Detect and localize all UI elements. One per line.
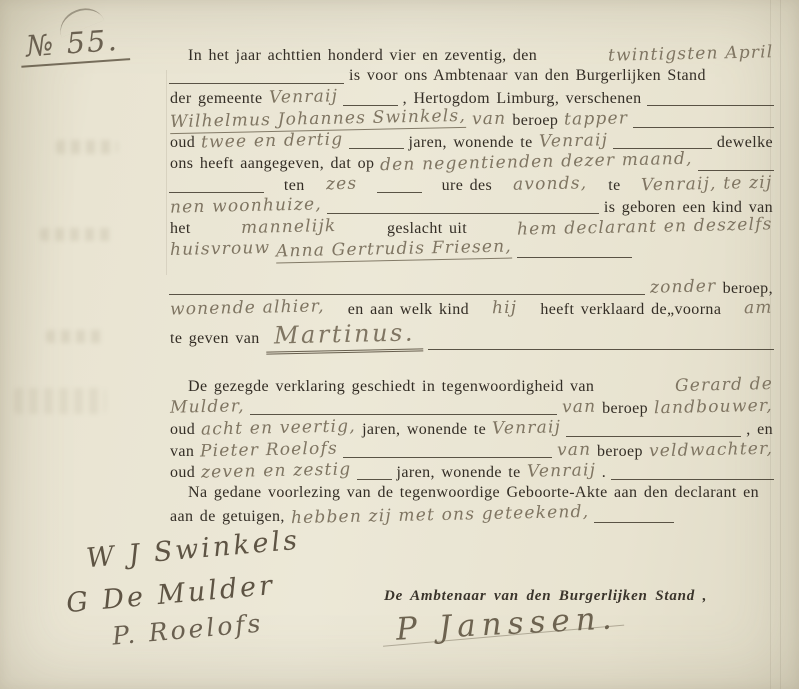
blank-rule	[698, 170, 774, 171]
handwritten-entry: hem declarant en deszelfs	[517, 214, 773, 239]
printed-text: aan de getuigen,	[170, 508, 285, 526]
act-number: № 55.	[19, 22, 130, 67]
handwritten-entry: veldwachter,	[649, 438, 774, 461]
act-line: oudacht en veertig,jaren, wonende teVenr…	[167, 419, 776, 441]
act-line: ons heeft aangegeven, dat opden negentie…	[167, 153, 776, 175]
printed-text: jaren, wonende te	[397, 464, 521, 482]
blank-rule	[169, 294, 645, 295]
handwritten-entry: zonder	[650, 276, 717, 297]
handwritten-entry: avonds,	[513, 173, 588, 195]
handwritten-entry: huisvrouw	[170, 238, 271, 260]
act-line: huisvrouwAnna Gertrudis Friesen,	[167, 240, 776, 262]
handwritten-entry: tapper	[564, 108, 629, 129]
birth-certificate-scan: { "palette":{ "paper":"#e9e4d2", "print_…	[0, 0, 799, 689]
handwritten-entry: Anna Gertrudis Friesen,	[276, 236, 512, 263]
blank-rule	[517, 257, 632, 258]
blank-rule	[169, 83, 344, 84]
blank-rule	[343, 105, 398, 106]
handwritten-entry: Venraij	[492, 417, 562, 438]
printed-text: jaren, wonende te	[409, 134, 533, 152]
handwritten-entry: hij	[492, 298, 518, 319]
handwritten-entry: van	[472, 108, 507, 129]
printed-text: van	[170, 443, 194, 461]
handwritten-entry: am	[744, 298, 773, 319]
handwritten-entry: mannelijk	[241, 216, 337, 238]
handwritten-entry: hebben zij met ons geteekend,	[291, 501, 590, 527]
ink-bleed-smudge	[56, 140, 118, 154]
act-line: der gemeenteVenraij, Hertogdom Limburg, …	[167, 88, 776, 110]
act-line: Mulder,vanberoeplandbouwer,	[167, 398, 776, 420]
handwritten-entry: Pieter Roelofs	[200, 438, 338, 461]
handwritten-entry: Venraij	[538, 130, 608, 151]
printed-text: te geven van	[170, 330, 260, 348]
act-line: Na gedane voorlezing van de tegenwoordig…	[167, 484, 776, 506]
printed-text: ten	[284, 177, 305, 195]
printed-text: der gemeente	[170, 90, 263, 108]
ink-bleed-smudge	[46, 330, 106, 343]
printed-text: te	[608, 177, 620, 195]
act-line: wonende alhier,en aan welk kindhijheeft …	[167, 299, 776, 321]
printed-text: oud	[170, 464, 195, 482]
printed-text: dewelke	[717, 134, 773, 152]
printed-text: geslacht uit	[387, 220, 467, 238]
handwritten-entry: Gerard de	[675, 374, 773, 396]
blank-rule	[250, 414, 557, 415]
blank-rule	[169, 192, 264, 193]
printed-text: beroep	[602, 400, 648, 418]
printed-text: beroep,	[723, 280, 773, 298]
blank-rule	[611, 479, 774, 480]
handwritten-entry: van	[562, 396, 597, 417]
handwritten-entry: landbouwer,	[654, 395, 773, 417]
handwritten-entry: twee en dertig	[201, 129, 344, 152]
printed-text: ons heeft aangegeven, dat op	[170, 155, 374, 173]
handwritten-entry: Martinus.	[265, 318, 423, 354]
ink-bleed-smudge	[40, 228, 114, 241]
act-line: te geven vanMartinus.	[167, 321, 776, 354]
act-line: tenzesure desavonds,teVenraij, te zij	[167, 175, 776, 197]
act-line: oudzeven en zestigjaren, wonende teVenra…	[167, 462, 776, 484]
ink-bleed-smudge	[14, 388, 106, 414]
blank-rule	[327, 213, 599, 214]
printed-text: heeft verklaard de„voorna	[540, 301, 721, 319]
blank-rule	[377, 192, 422, 193]
paper-edge-right	[780, 0, 781, 689]
handwritten-entry: Venraij	[268, 86, 338, 107]
printed-text: .	[602, 464, 606, 482]
handwritten-entry: den negentienden dezer maand,	[380, 149, 693, 176]
act-line: nen woonhuize,is geboren een kind van	[167, 197, 776, 219]
printed-text: oud	[170, 421, 195, 439]
handwritten-entry: van	[556, 439, 591, 460]
printed-text: In het jaar achttien honderd vier en zev…	[188, 47, 537, 65]
printed-text: ure des	[442, 177, 493, 195]
printed-text: is voor ons Ambtenaar van den Burgerlijk…	[349, 67, 706, 85]
printed-text: en aan welk kind	[348, 301, 469, 319]
handwritten-entry: Venraij, te zij	[641, 173, 773, 196]
blank-rule	[428, 349, 774, 350]
signature-registrar: P Janssen.	[395, 600, 618, 648]
act-line: vanPieter Roelofsvanberoepveldwachter,	[167, 441, 776, 463]
act-body-text: In het jaar achttien honderd vier en zev…	[167, 45, 776, 527]
handwritten-entry: acht en veertig,	[201, 417, 356, 440]
handwritten-entry: nen woonhuize,	[170, 194, 322, 217]
act-line: zonderberoep,	[167, 278, 776, 300]
printed-text: Na gedane voorlezing van de tegenwoordig…	[188, 484, 759, 502]
blank-rule	[633, 127, 774, 128]
act-line: In het jaar achttien honderd vier en zev…	[167, 45, 776, 67]
act-line: Wilhelmus Johannes Swinkels,vanberoeptap…	[167, 110, 776, 132]
printed-text: jaren, wonende te	[362, 421, 486, 439]
act-line: De gezegde verklaring geschiedt in tegen…	[167, 376, 776, 398]
blank-rule	[357, 479, 392, 480]
act-line: is voor ons Ambtenaar van den Burgerlijk…	[167, 67, 776, 89]
printed-text: het	[170, 220, 191, 238]
act-line: aan de getuigen,hebben zij met ons getee…	[167, 506, 776, 528]
handwritten-entry: twintigsten April	[607, 42, 773, 65]
blank-rule	[566, 436, 741, 437]
blank-rule	[647, 105, 774, 106]
handwritten-entry: wonende alhier,	[170, 297, 325, 320]
registrar-title: De Ambtenaar van den Burgerlijken Stand …	[384, 588, 707, 605]
signature-witness-2: P. Roelofs	[111, 608, 264, 650]
blank-rule	[349, 148, 404, 149]
printed-text: beroep	[512, 112, 558, 130]
printed-text: beroep	[597, 443, 643, 461]
printed-text: , en	[746, 421, 773, 439]
handwritten-entry: zeven en zestig	[201, 460, 352, 483]
handwritten-entry: zes	[325, 174, 357, 195]
printed-text: oud	[170, 134, 195, 152]
signature-declarant: W J Swinkels	[85, 525, 301, 575]
printed-text: De gezegde verklaring geschiedt in tegen…	[188, 378, 594, 396]
blank-rule	[343, 457, 551, 458]
handwritten-entry: Venraij	[526, 461, 596, 482]
handwritten-entry: Mulder,	[170, 396, 245, 418]
blank-rule	[594, 522, 674, 523]
